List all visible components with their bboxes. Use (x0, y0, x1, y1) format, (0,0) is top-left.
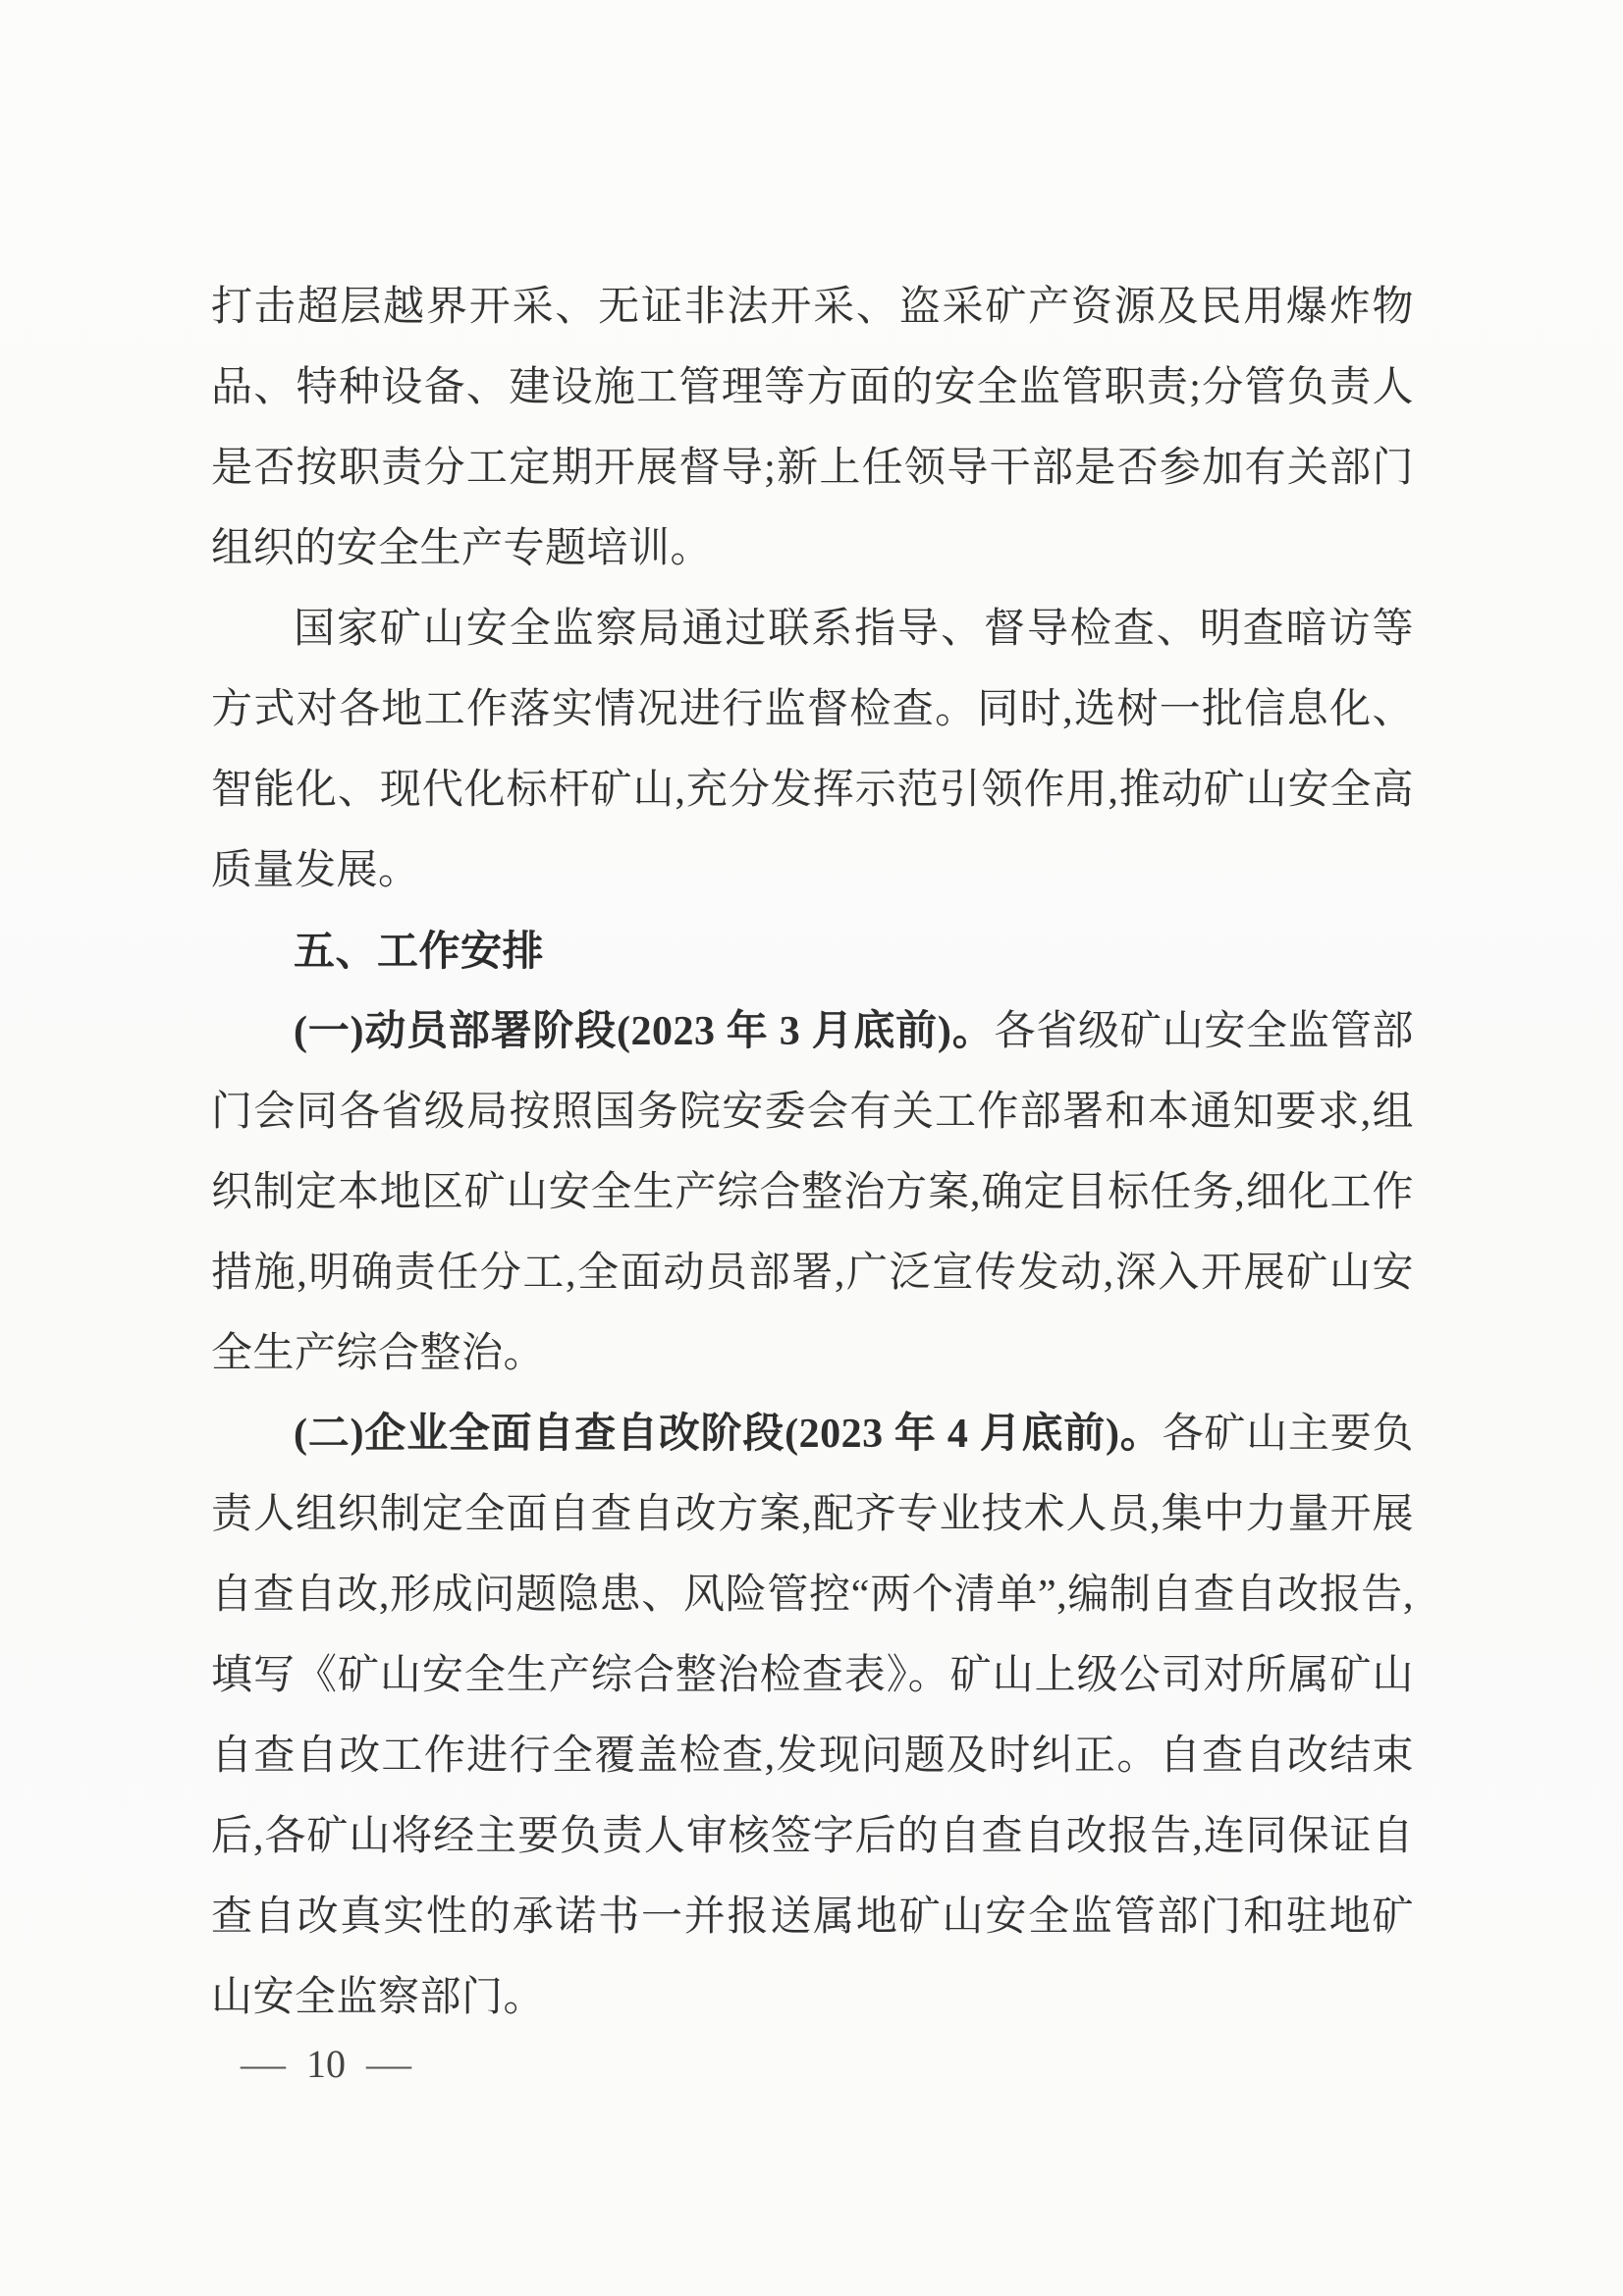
paragraph-stage-one-mobilization: (一)动员部署阶段(2023 年 3 月底前)。各省级矿山安全监管部门会同各省级… (211, 991, 1414, 1394)
page-number: —10— (243, 2038, 408, 2091)
stage-one-lead-label: (一)动员部署阶段(2023 年 3 月底前)。 (294, 1009, 994, 1054)
section-heading-work-arrangement: 五、工作安排 (211, 911, 1414, 991)
paragraph-stage-two-self-inspection: (二)企业全面自查自改阶段(2023 年 4 月底前)。各矿山主要负责人组织制定… (211, 1394, 1414, 2038)
document-page: 打击超层越界开采、无证非法开采、盗采矿产资源及民用爆炸物品、特种设备、建设施工管… (0, 0, 1623, 2296)
page-number-value: 10 (306, 2038, 346, 2091)
page-number-right-dash: — (366, 2038, 411, 2091)
page-number-left-dash: — (241, 2038, 286, 2091)
stage-two-body-text: 各矿山主要负责人组织制定全面自查自改方案,配齐专业技术人员,集中力量开展自查自改… (211, 1412, 1414, 2020)
document-body: 打击超层越界开采、无证非法开采、盗采矿产资源及民用爆炸物品、特种设备、建设施工管… (211, 267, 1414, 2038)
stage-two-lead-label: (二)企业全面自查自改阶段(2023 年 4 月底前)。 (294, 1412, 1163, 1457)
paragraph-inspection-methods: 国家矿山安全监察局通过联系指导、督导检查、明查暗访等方式对各地工作落实情况进行监… (211, 589, 1414, 911)
paragraph-supervision-duties: 打击超层越界开采、无证非法开采、盗采矿产资源及民用爆炸物品、特种设备、建设施工管… (211, 267, 1414, 589)
stage-one-body-text: 各省级矿山安全监管部门会同各省级局按照国务院安委会有关工作部署和本通知要求,组织… (211, 1009, 1414, 1376)
